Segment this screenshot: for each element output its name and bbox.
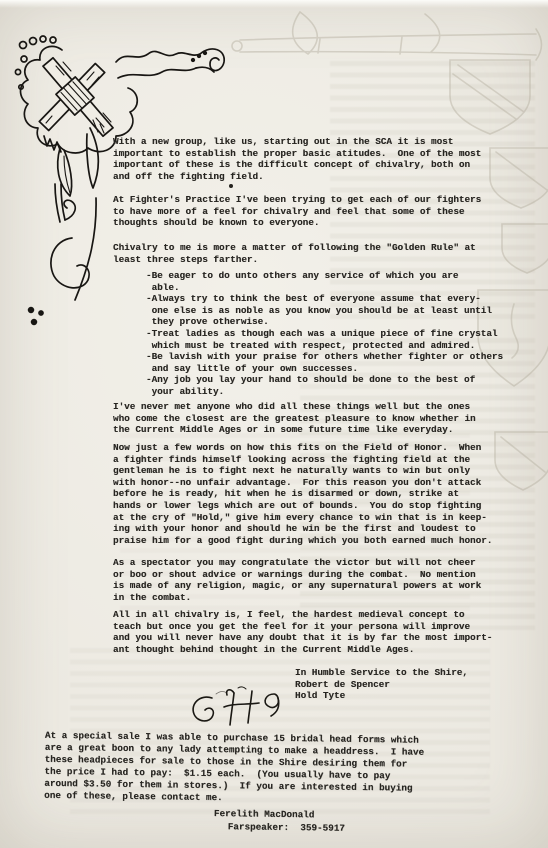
precept-item: -Any job you lay your hand to should be … bbox=[146, 374, 503, 397]
paragraph-conclusion: All in all chivalry is, I feel, the hard… bbox=[113, 609, 492, 655]
scanned-newsletter-page: With a new group, like us, starting out … bbox=[0, 0, 548, 848]
precept-item: -Be lavish with your praise for others w… bbox=[146, 351, 503, 374]
section-separator-dot bbox=[229, 184, 233, 188]
paragraph-spectator: As a spectator you may congratulate the … bbox=[113, 557, 481, 603]
sale-notice-block: At a special sale I was able to purchase… bbox=[0, 729, 548, 838]
precept-item: -Always try to think the best of everyon… bbox=[146, 293, 503, 328]
sale-notice-text: At a special sale I was able to purchase… bbox=[44, 730, 548, 808]
paragraph-field-of-honor: Now just a few words on how this fits on… bbox=[113, 442, 492, 546]
precept-item: -Be eager to do unto others any service … bbox=[146, 270, 503, 293]
paragraph-never-met: I've never met anyone who did all these … bbox=[113, 401, 476, 436]
precepts-list: -Be eager to do unto others any service … bbox=[146, 270, 503, 398]
paragraph-golden-rule: Chivalry to me is more a matter of follo… bbox=[113, 242, 476, 265]
signature-block: In Humble Service to the Shire, Robert d… bbox=[295, 667, 468, 702]
precept-item: -Treat ladies as though each was a uniqu… bbox=[146, 328, 503, 351]
paragraph-intro: With a new group, like us, starting out … bbox=[113, 136, 481, 182]
paragraph-fighters-practice: At Fighter's Practice I've been trying t… bbox=[113, 194, 481, 229]
monogram-flourish-icon bbox=[186, 686, 296, 730]
